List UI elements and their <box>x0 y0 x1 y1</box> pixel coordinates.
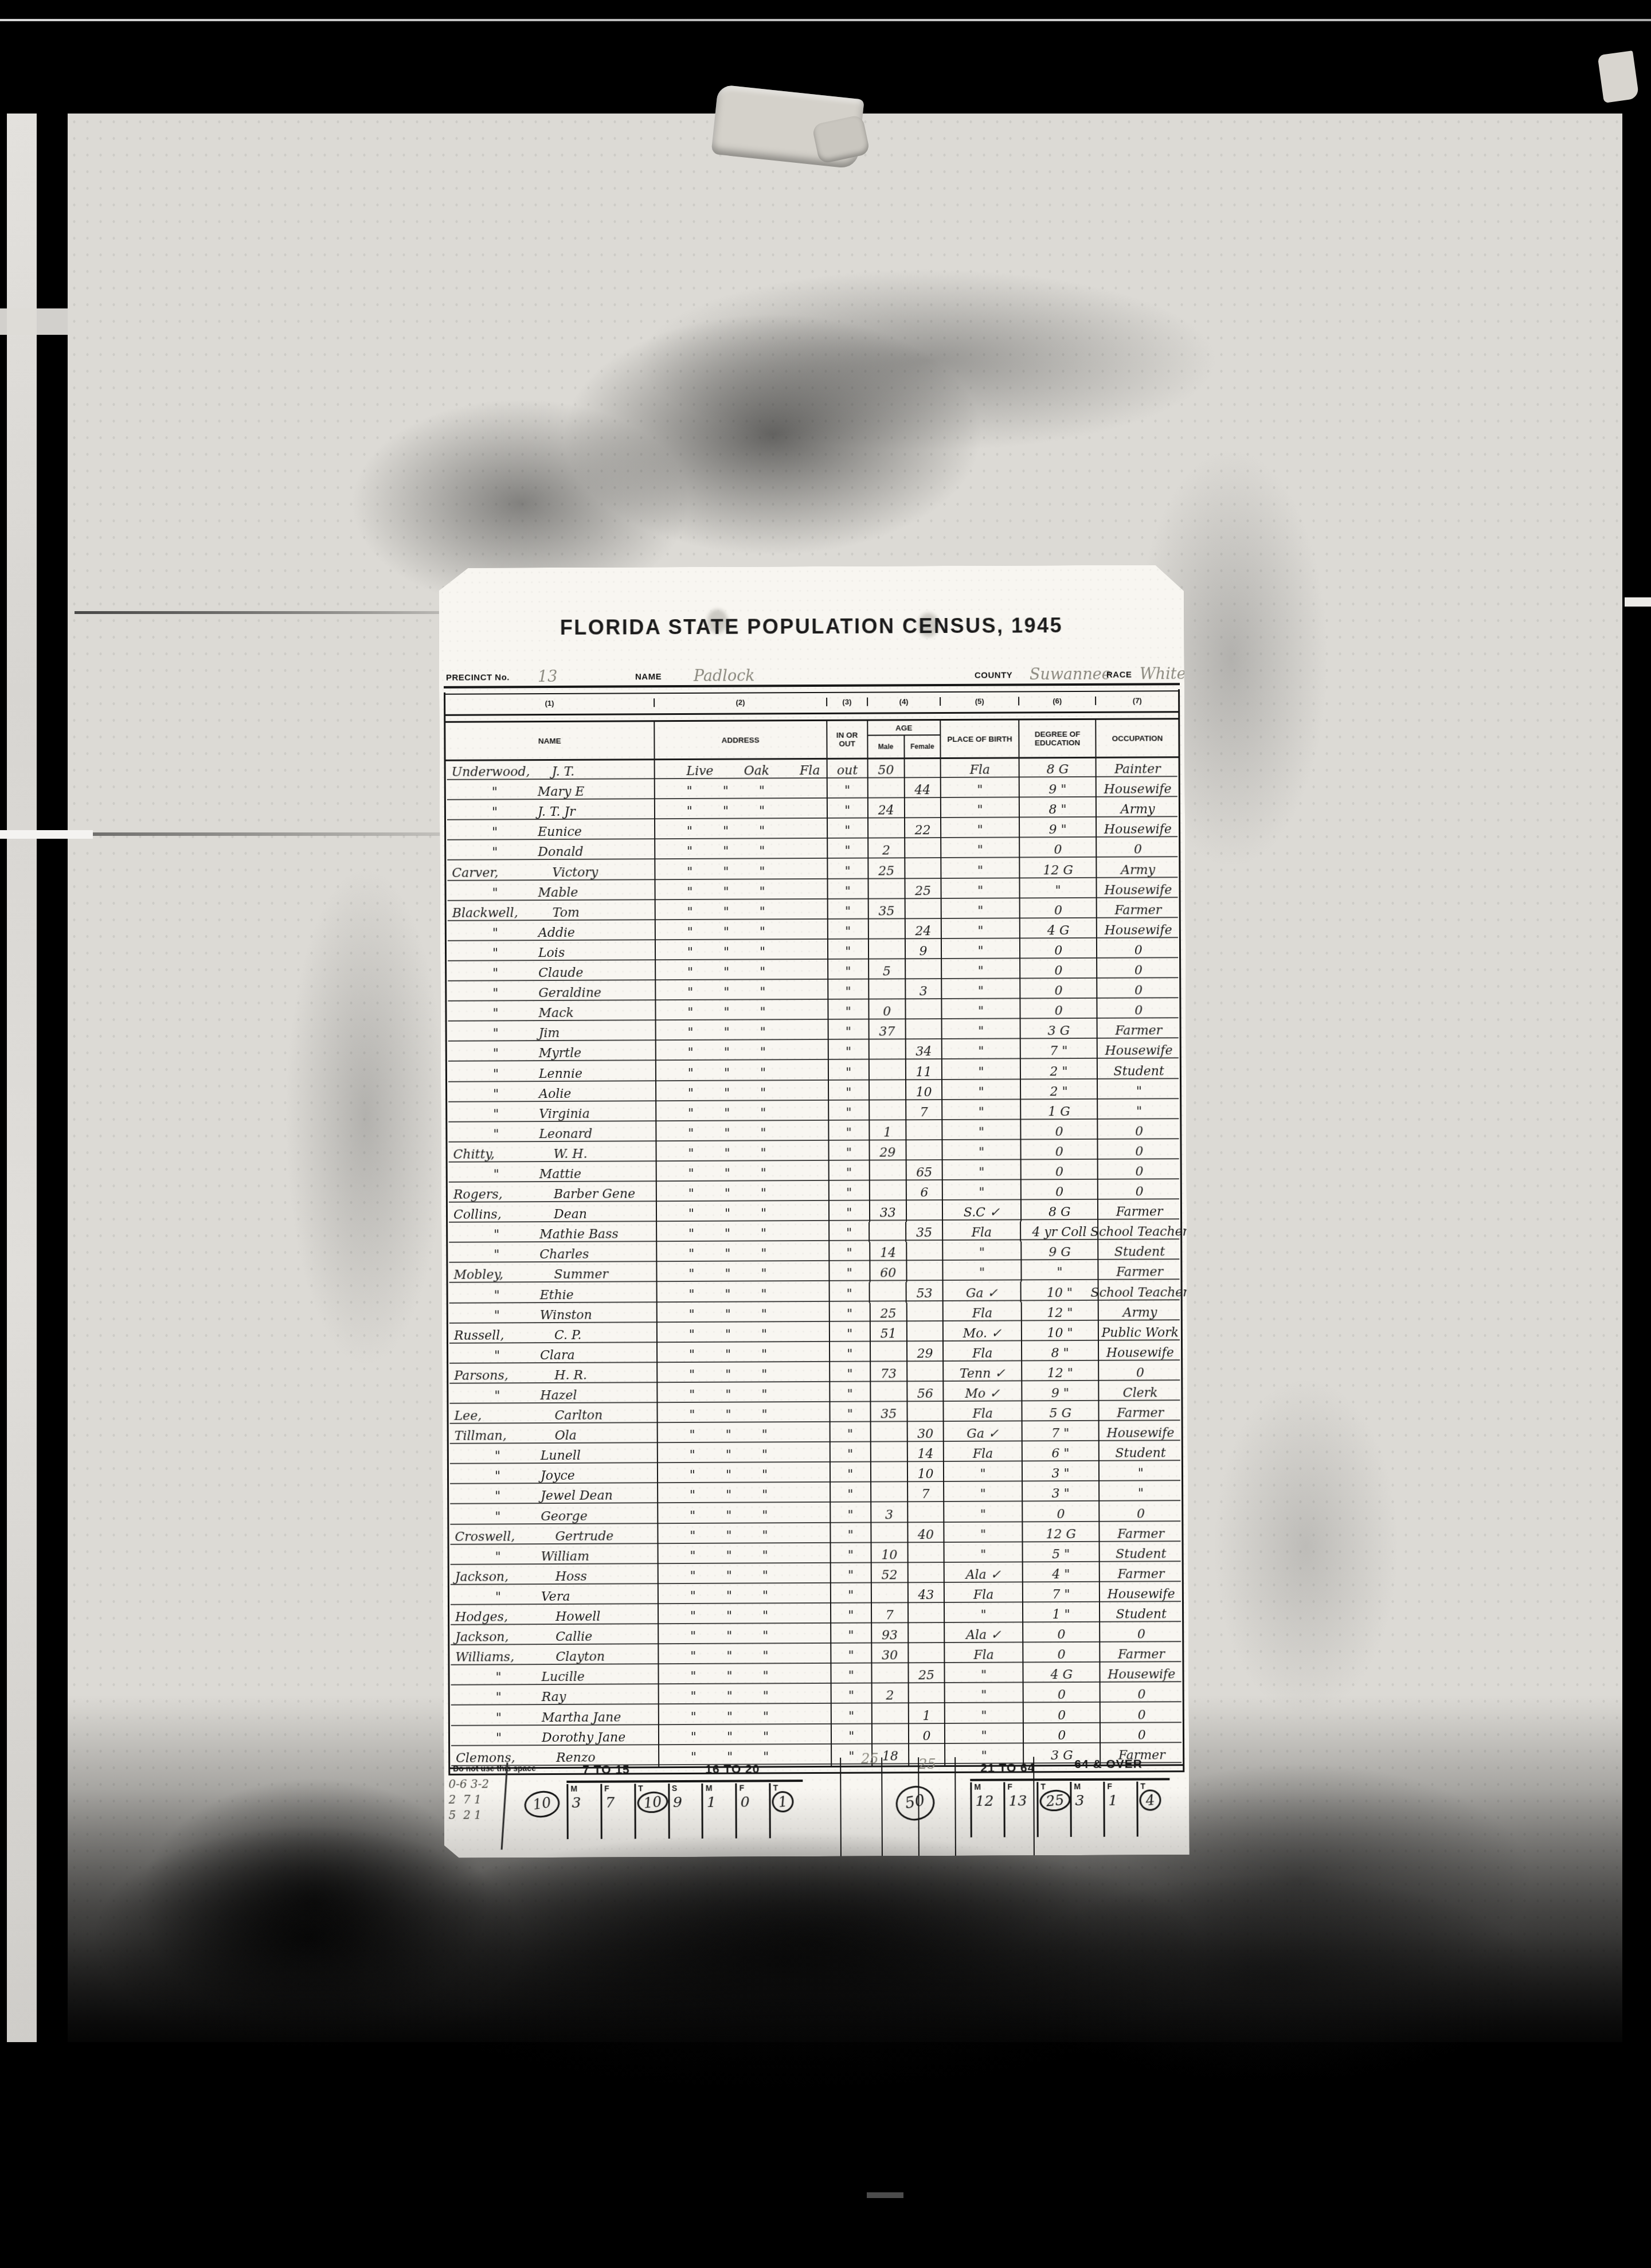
tally-value: 1 <box>707 1794 716 1811</box>
cell-age-male: 93 <box>872 1624 909 1644</box>
cell-place-of-birth: Fla <box>941 758 1020 779</box>
cell-education: 1 " <box>1023 1604 1101 1624</box>
cell-address: " " " <box>658 1504 831 1524</box>
cell-age-male: 3 <box>871 1504 908 1524</box>
cell-age-female <box>907 1262 944 1282</box>
header-degree-of-education: DEGREE OF EDUCATION <box>1019 720 1097 757</box>
tally-column-t-5: T4 <box>1136 1781 1169 1836</box>
cell-address: " " " <box>657 1202 830 1223</box>
table-row: Jackson,Callie" " ""93Ala ✓00 <box>449 1623 1182 1647</box>
cell-education: 5 " <box>1023 1543 1100 1563</box>
county-value: Suwannee <box>1030 666 1111 684</box>
cell-age-female: 0 <box>909 1725 945 1745</box>
cell-education: 8 " <box>1022 1342 1100 1363</box>
cell-occupation: Housewife <box>1097 778 1179 799</box>
tally-column-f-4: F1 <box>1103 1782 1136 1837</box>
cell-address: " " " <box>656 1081 829 1102</box>
cell-age-female <box>907 1323 944 1343</box>
cell-in-or-out: " <box>829 1021 870 1041</box>
table-row: "Claude" " ""5"00 <box>447 959 1179 983</box>
tally-heading-64-over: 64 & OVER <box>1074 1758 1143 1772</box>
cell-address: " " " <box>658 1464 831 1484</box>
cell-name: Lee,Carlton <box>448 1404 658 1425</box>
cell-place-of-birth: Tenn ✓ <box>944 1362 1022 1383</box>
table-row: Jackson,Hoss" " ""52Ala ✓4 "Farmer <box>449 1563 1182 1586</box>
cell-age-male <box>871 1423 907 1443</box>
table-row: Carver,Victory" " ""25"12 GArmy <box>446 859 1179 882</box>
cell-age-female <box>906 1020 942 1041</box>
cell-place-of-birth: Ala ✓ <box>945 1563 1023 1584</box>
film-scratch <box>68 832 469 836</box>
cell-in-or-out: " <box>829 1061 870 1081</box>
cell-address: " " " <box>658 1565 831 1585</box>
cell-address: " " " <box>658 1484 831 1504</box>
cell-in-or-out: " <box>830 1242 870 1262</box>
cell-age-male: 35 <box>871 1403 907 1423</box>
table-row: "Lunell" " ""14Fla6 "Student <box>449 1442 1181 1465</box>
tally-column-m-0: M12 <box>970 1782 1003 1837</box>
header-female: Female <box>905 736 940 757</box>
table-row: "J. T. Jr" " ""24"8 "Army <box>446 798 1179 822</box>
cell-in-or-out: " <box>831 1504 871 1524</box>
cell-address: " " " <box>657 1242 830 1263</box>
cell-occupation: Housewife <box>1100 1422 1181 1442</box>
table-row: Underwood,J. T.Live Oak Flaout50Fla8 GPa… <box>446 758 1179 781</box>
cell-name: Underwood,J. T. <box>446 760 655 781</box>
cell-name: "Addie <box>447 921 656 943</box>
table-row: Russell,C. P." " ""51Mo. ✓10 "Public Wor… <box>448 1321 1181 1345</box>
cell-education: 8 " <box>1020 799 1097 819</box>
cell-age-female: 44 <box>905 779 941 799</box>
cell-education: 3 " <box>1023 1463 1100 1483</box>
cell-education: 4 yr Coll <box>1022 1221 1099 1242</box>
cell-place-of-birth: " <box>941 799 1020 820</box>
table-row: "George" " ""3"00 <box>449 1503 1181 1526</box>
table-row: "Aolie" " ""10"2 "" <box>447 1080 1180 1104</box>
film-tape-corner <box>1597 50 1639 103</box>
cell-age-female: 7 <box>908 1483 945 1503</box>
table-row: Hodges,Howell" " ""7"1 "Student <box>449 1603 1182 1626</box>
cell-name: "Mattie <box>448 1163 657 1184</box>
cell-name: "George <box>449 1505 658 1526</box>
cell-place-of-birth: Mo. ✓ <box>944 1322 1022 1343</box>
cell-age-male: 60 <box>870 1262 907 1282</box>
cell-place-of-birth: Fla <box>944 1342 1022 1363</box>
cell-age-male <box>868 820 905 840</box>
cell-education: 8 G <box>1019 758 1097 779</box>
cell-in-or-out: " <box>829 1041 870 1061</box>
cell-address: " " " <box>658 1363 830 1384</box>
table-row: Chitty,W. H." " ""29"00 <box>447 1140 1180 1164</box>
cell-name: "Dorothy Jane <box>450 1726 659 1747</box>
cell-name: "Mathie Bass <box>448 1223 657 1244</box>
cell-age-female <box>907 1242 944 1262</box>
cell-education: 4 G <box>1020 920 1098 940</box>
table-row: "Ray" " ""2"00 <box>450 1684 1183 1707</box>
cell-place-of-birth: " <box>945 1725 1024 1745</box>
cell-age-female <box>906 960 942 980</box>
film-left-strip <box>7 114 37 2042</box>
cell-place-of-birth: " <box>942 1061 1021 1081</box>
cell-age-male <box>871 1383 907 1403</box>
cell-occupation: 0 <box>1098 979 1180 1000</box>
table-row: Tillman,Ola" " ""30Ga ✓7 "Housewife <box>449 1422 1181 1445</box>
cell-age-male <box>869 940 906 960</box>
tally-heading-21-to-64: 21 TO 64 <box>980 1761 1035 1775</box>
table-row: "Lennie" " ""11"2 "Student <box>447 1060 1180 1084</box>
cell-place-of-birth: " <box>943 1101 1022 1121</box>
tally-column-t-6: T1 <box>769 1783 803 1838</box>
cell-place-of-birth: " <box>942 839 1020 860</box>
col-number: (4) <box>868 697 941 706</box>
cell-occupation: Housewife <box>1098 1040 1180 1061</box>
cell-occupation: Student <box>1100 1543 1182 1563</box>
cell-occupation: Student <box>1100 1603 1182 1624</box>
cell-address: " " " <box>655 860 828 881</box>
cell-education: 0 <box>1024 1704 1101 1725</box>
cell-education: 10 " <box>1022 1281 1099 1302</box>
cell-age-female <box>909 1684 945 1704</box>
cell-age-female: 1 <box>909 1704 945 1725</box>
cell-age-male <box>868 880 905 900</box>
cell-occupation: Housewife <box>1097 879 1179 900</box>
table-row: "Geraldine" " ""3"00 <box>447 979 1179 1003</box>
cell-age-female <box>909 1624 945 1644</box>
cell-name: "Virginia <box>447 1102 656 1124</box>
census-sheet: FLORIDA STATE POPULATION CENSUS, 1945 PR… <box>439 565 1190 1858</box>
cell-address: " " " <box>656 1001 828 1022</box>
cell-in-or-out: " <box>830 1162 870 1182</box>
table-row: "Mable" " ""25""Housewife <box>446 879 1179 902</box>
tally-female-count: 25 <box>918 1756 936 1772</box>
cell-occupation: 0 <box>1098 1120 1180 1141</box>
cell-age-male <box>871 1443 908 1463</box>
cell-age-female <box>909 1644 945 1664</box>
cell-place-of-birth: Ga ✓ <box>944 1282 1022 1303</box>
cell-age-male: 7 <box>872 1604 909 1624</box>
cell-age-male: 37 <box>869 1021 906 1041</box>
cell-occupation: 0 <box>1101 1724 1183 1745</box>
cell-place-of-birth: " <box>942 900 1020 920</box>
cell-name: "Winston <box>448 1304 658 1325</box>
film-bottom-dash <box>867 2192 903 2198</box>
cell-age-female <box>906 1141 943 1162</box>
cell-place-of-birth: " <box>945 1503 1023 1524</box>
cell-in-or-out: " <box>831 1544 872 1564</box>
cell-education: 0 <box>1020 1000 1098 1020</box>
cell-in-or-out: " <box>828 940 869 960</box>
table-row: "Vera" " ""43Fla7 "Housewife <box>449 1583 1182 1606</box>
tally-value: 4 <box>1139 1788 1163 1812</box>
cell-education: " <box>1022 1261 1099 1282</box>
cell-age-female <box>906 1121 943 1141</box>
cell-name: "Claude <box>447 961 656 983</box>
cell-in-or-out: " <box>830 1383 871 1403</box>
table-row: "Joyce" " ""10"3 "" <box>449 1462 1181 1485</box>
cell-name: Collins,Dean <box>448 1203 657 1224</box>
cell-address: " " " <box>655 820 828 840</box>
cell-education: 1 G <box>1021 1100 1098 1121</box>
cell-age-female <box>906 1202 943 1222</box>
cell-education: 0 <box>1022 1161 1099 1182</box>
cell-age-male <box>871 1464 908 1484</box>
cell-age-female: 6 <box>906 1182 943 1202</box>
cell-place-of-birth: " <box>945 1543 1023 1564</box>
cell-in-or-out: " <box>831 1484 871 1504</box>
cell-education: 3 G <box>1020 1020 1098 1041</box>
cell-place-of-birth: " <box>943 1161 1022 1182</box>
cell-in-or-out: " <box>828 860 868 880</box>
cell-place-of-birth: Fla <box>943 1222 1022 1242</box>
cell-name: "Leonard <box>447 1123 656 1144</box>
cell-place-of-birth: " <box>942 1041 1021 1061</box>
cell-occupation: Housewife <box>1101 1663 1183 1684</box>
name-value: Padlock <box>694 667 755 685</box>
cell-address: " " " <box>659 1665 831 1686</box>
tally-value: 7 <box>605 1794 615 1811</box>
cell-place-of-birth: " <box>944 1483 1023 1504</box>
cell-age-male: 5 <box>869 960 906 980</box>
cell-place-of-birth: " <box>942 960 1020 980</box>
cell-in-or-out: " <box>831 1605 872 1625</box>
cell-name: "Joyce <box>449 1464 658 1485</box>
cell-age-male <box>871 1484 908 1504</box>
cell-address: " " " <box>655 840 828 861</box>
cell-age-female: 30 <box>907 1423 944 1443</box>
tally-underline <box>566 1780 803 1783</box>
cell-occupation: Painter <box>1097 758 1179 779</box>
cell-name: "Clara <box>448 1344 658 1365</box>
cell-address: " " " <box>659 1585 831 1605</box>
table-row: "Virginia" " ""7"1 G" <box>447 1100 1180 1124</box>
cell-education: 0 <box>1023 1624 1101 1644</box>
precinct-value: 13 <box>538 668 557 686</box>
header-in-or-out: IN OR OUT <box>827 721 868 758</box>
cell-in-or-out: out <box>828 760 868 780</box>
cell-age-female <box>907 1403 944 1423</box>
cell-name: "Vera <box>449 1585 659 1606</box>
tally-underline <box>970 1778 1169 1781</box>
cell-age-female: 3 <box>906 980 942 1000</box>
cell-age-male: 30 <box>872 1644 909 1664</box>
cell-education: 6 " <box>1023 1442 1100 1463</box>
cell-place-of-birth: Ga ✓ <box>944 1423 1023 1444</box>
cell-education: 2 " <box>1021 1060 1098 1081</box>
cell-age-male <box>870 1101 906 1121</box>
header-age-label: AGE <box>868 721 940 736</box>
cell-place-of-birth: " <box>944 1463 1023 1484</box>
cell-age-male: 10 <box>871 1544 908 1564</box>
table-row: Croswell,Gertrude" " ""40"12 GFarmer <box>449 1523 1181 1546</box>
tally-value: 13 <box>1008 1792 1027 1809</box>
cell-name: "Martha Jane <box>450 1706 659 1727</box>
cell-in-or-out: " <box>830 1343 871 1363</box>
cell-age-male: 50 <box>868 759 905 779</box>
cell-occupation: School Teacher <box>1098 1221 1180 1241</box>
cell-place-of-birth: " <box>943 1121 1022 1141</box>
cell-in-or-out: " <box>830 1202 870 1222</box>
cell-age-female: 24 <box>905 920 942 940</box>
film-bright-dash <box>0 830 93 839</box>
cell-name: Carver,Victory <box>446 861 655 882</box>
do-not-use-label: Do not use this space <box>453 1763 536 1773</box>
col-number: (2) <box>655 697 827 706</box>
tally-column-t-2: T10 <box>634 1784 668 1839</box>
table-row: "Addie" " ""24"4 GHousewife <box>447 919 1179 943</box>
cell-name: Russell,C. P. <box>448 1324 658 1345</box>
cell-age-female <box>905 859 942 879</box>
cell-education: 0 <box>1021 1121 1098 1141</box>
cell-occupation: Housewife <box>1097 919 1179 940</box>
cell-name: "Lennie <box>447 1062 656 1084</box>
cell-education: 2 " <box>1021 1080 1098 1101</box>
cell-in-or-out: " <box>831 1464 871 1484</box>
cell-in-or-out: " <box>831 1564 872 1584</box>
cell-place-of-birth: Fla <box>944 1443 1023 1464</box>
cell-place-of-birth: " <box>945 1704 1024 1725</box>
tally-value: 10 <box>636 1790 669 1815</box>
tally-columns-b: M12F13T25M3F1T4 <box>970 1781 1169 1837</box>
cell-occupation: Student <box>1099 1241 1181 1261</box>
cell-address: " " " <box>659 1605 831 1625</box>
table-row: "Myrtle" " ""34"7 "Housewife <box>447 1040 1180 1063</box>
cell-education: 7 " <box>1023 1422 1100 1443</box>
cell-age-female: 11 <box>906 1061 942 1081</box>
table-row: "Mack" " ""0"00 <box>447 999 1179 1023</box>
cell-name: Blackwell,Tom <box>447 901 656 922</box>
cell-age-male: 24 <box>868 799 905 819</box>
tally-column-f-1: F7 <box>600 1784 634 1839</box>
cell-education: 0 <box>1022 1181 1099 1202</box>
tally-group-7-20: 7 TO 15 16 TO 20 M3F7T10S9M1F0T1 <box>566 1762 803 1839</box>
cell-age-male: 73 <box>871 1363 907 1383</box>
cell-in-or-out: " <box>828 981 869 1001</box>
cell-age-male: 52 <box>871 1564 908 1584</box>
name-label: NAME <box>635 672 662 682</box>
header-occupation: OCCUPATION <box>1097 719 1179 757</box>
table-row: "Martha Jane" " ""1"00 <box>450 1704 1183 1727</box>
cell-age-female: 65 <box>906 1162 943 1182</box>
cell-occupation: Farmer <box>1097 899 1179 920</box>
table-row: "Mary E" " ""44"9 "Housewife <box>446 778 1179 801</box>
table-row: Blackwell,Tom" " ""35"0Farmer <box>447 899 1179 922</box>
cell-age-female: 35 <box>906 1222 943 1242</box>
cell-age-male: 33 <box>870 1202 907 1222</box>
tally-value: 25 <box>1039 1788 1072 1813</box>
tally-value: 0 <box>741 1794 750 1811</box>
cell-name: "Hazel <box>448 1384 658 1405</box>
cell-in-or-out: " <box>832 1705 873 1725</box>
cell-occupation: " <box>1098 1100 1180 1121</box>
cell-address: " " " <box>658 1444 831 1464</box>
tally-circle-0-6-total: 10 <box>523 1789 562 1820</box>
cell-age-male <box>870 1182 907 1202</box>
cell-place-of-birth: Fla <box>945 1583 1023 1604</box>
cell-place-of-birth: Ala ✓ <box>945 1624 1023 1644</box>
cell-occupation: Farmer <box>1100 1563 1182 1583</box>
col-number: (5) <box>941 697 1019 706</box>
cell-occupation: 0 <box>1097 839 1179 859</box>
cell-name: "Mable <box>446 881 655 902</box>
cell-education: 7 " <box>1021 1040 1098 1061</box>
cell-occupation: Public Work <box>1099 1321 1181 1342</box>
cell-in-or-out: " <box>829 1141 870 1162</box>
cell-occupation: School Teacher <box>1099 1281 1181 1302</box>
col-number: (3) <box>827 697 868 706</box>
cell-age-male: 14 <box>870 1242 907 1262</box>
tally-value: 9 <box>673 1794 682 1811</box>
cell-age-female: 43 <box>908 1584 945 1604</box>
cell-in-or-out: " <box>828 900 869 920</box>
cell-place-of-birth: " <box>942 980 1021 1000</box>
cell-address: " " " <box>658 1524 831 1544</box>
cell-age-female <box>906 1000 942 1020</box>
cell-education: 8 G <box>1022 1201 1099 1222</box>
table-row: "Lois" " ""9"00 <box>447 939 1179 963</box>
table-row: "Lucille" " ""25"4 GHousewife <box>449 1663 1182 1687</box>
cell-education: 0 <box>1021 1141 1098 1162</box>
cell-place-of-birth: " <box>942 1000 1021 1021</box>
cell-occupation: 0 <box>1098 1180 1180 1201</box>
table-row: "Leonard" " ""1"00 <box>447 1120 1180 1144</box>
cell-education: 0 <box>1024 1724 1101 1745</box>
cell-age-female <box>908 1503 945 1523</box>
cell-address: " " " <box>656 1021 828 1042</box>
tally-group-21-over: 21 TO 64 64 & OVER M12F13T25M3F1T4 <box>970 1761 1170 1837</box>
cell-occupation: 0 <box>1097 939 1179 960</box>
cell-in-or-out: " <box>831 1625 872 1645</box>
cell-age-male: 35 <box>868 900 905 920</box>
tally-column-f-1: F13 <box>1003 1782 1036 1837</box>
cell-in-or-out: " <box>831 1645 872 1665</box>
cell-name: "Charles <box>448 1243 657 1264</box>
cell-age-male <box>872 1584 909 1604</box>
cell-education: 7 " <box>1023 1583 1101 1604</box>
cell-address: " " " <box>656 961 828 982</box>
cell-name: "Lois <box>447 941 656 963</box>
cell-address: " " " <box>657 1303 830 1323</box>
tally-heading-16-to-20: 16 TO 20 <box>705 1762 760 1776</box>
cell-in-or-out: " <box>830 1282 870 1303</box>
tally-columns-a: M3F7T10S9M1F0T1 <box>566 1783 803 1839</box>
cell-address: " " " <box>658 1424 830 1444</box>
cell-place-of-birth: S.C ✓ <box>943 1201 1022 1222</box>
cell-in-or-out: " <box>830 1262 870 1282</box>
cell-age-female: 10 <box>907 1463 944 1483</box>
cell-age-female: 40 <box>908 1524 945 1544</box>
cell-name: "Mary E <box>446 780 655 801</box>
cell-in-or-out: " <box>829 1121 870 1141</box>
table-row: Mobley,Summer" " ""60""Farmer <box>448 1261 1180 1285</box>
tally-scribbles: 0-6 3-2 2 7 1 5 2 1 <box>448 1776 489 1823</box>
precinct-label: PRECINCT No. <box>446 672 510 682</box>
cell-in-or-out: " <box>828 920 869 940</box>
cell-occupation: Army <box>1099 1301 1181 1322</box>
cell-in-or-out: " <box>831 1524 871 1544</box>
table-row: "Clara" " ""29Fla8 "Housewife <box>448 1342 1181 1365</box>
table-row: "Charles" " ""14"9 GStudent <box>448 1241 1180 1264</box>
cell-in-or-out: " <box>828 840 868 860</box>
cell-age-male: 0 <box>869 1000 906 1020</box>
cell-place-of-birth: " <box>942 1081 1021 1101</box>
cell-age-male <box>870 1222 907 1242</box>
cell-name: "Mack <box>447 1002 656 1023</box>
column-header-row: NAME ADDRESS IN OR OUT AGE Male Female P… <box>445 719 1178 760</box>
cell-name: Jackson,Callie <box>449 1625 659 1647</box>
cell-place-of-birth: " <box>942 859 1020 880</box>
cell-name: "Aolie <box>447 1082 656 1104</box>
cell-age-female <box>907 1363 944 1383</box>
